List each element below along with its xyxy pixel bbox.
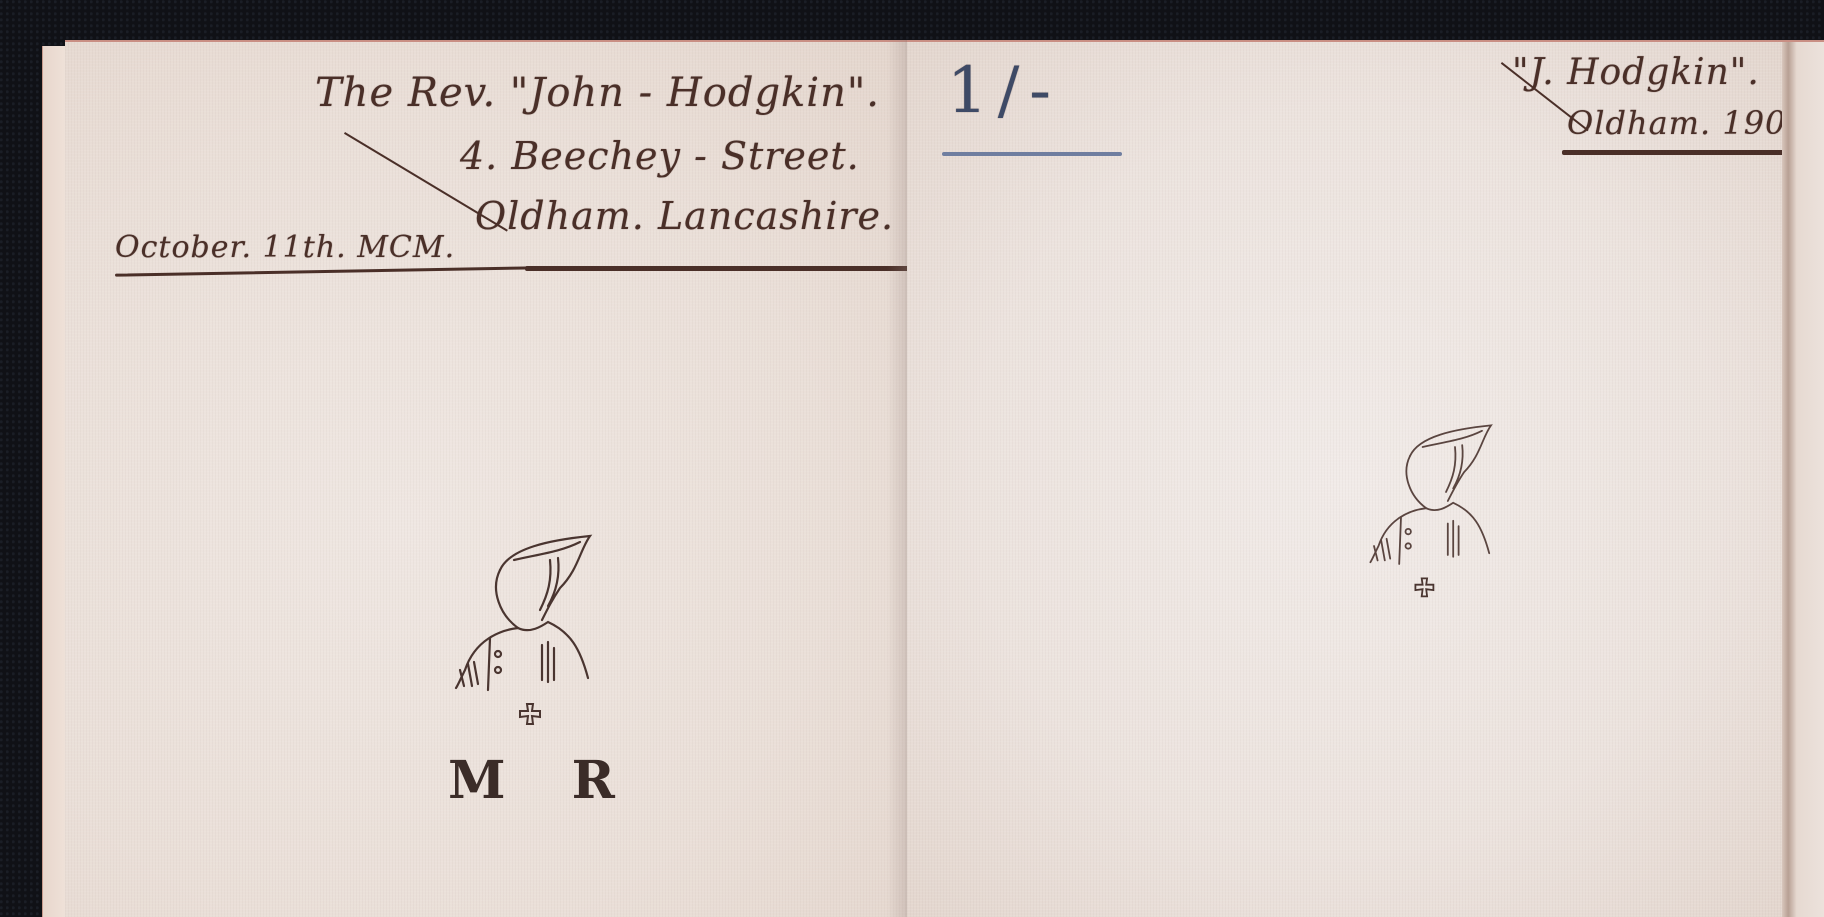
address-underline (525, 266, 925, 271)
bookplate-stamp-right (1347, 420, 1527, 600)
price-mark: 1/- (947, 54, 1061, 128)
monogram-mr: M R (448, 750, 639, 811)
inscription-line-1: The Rev. "John - Hodgkin". (315, 70, 880, 116)
inscription-date: October. 11th. MCM. (115, 230, 455, 265)
left-page: The Rev. "John - Hodgkin". 4. Beechey - … (65, 40, 907, 917)
hooded-figure-icon (1347, 420, 1527, 600)
hooded-figure-icon (430, 530, 630, 730)
right-underline (1562, 150, 1792, 155)
cross-pattee-icon (1415, 578, 1433, 596)
right-page: 1/- "J. Hodgkin". Oldham. 1900. (907, 40, 1787, 917)
inscription-line-2: 4. Beechey - Street. (460, 134, 860, 178)
open-book: The Rev. "John - Hodgkin". 4. Beechey - … (42, 40, 1824, 917)
price-underline (942, 152, 1122, 156)
date-underline (115, 266, 535, 276)
inscription-line-3: Oldham. Lancashire. (475, 194, 894, 238)
cross-pattee-icon (520, 704, 540, 724)
right-inscription-line-1: "J. Hodgkin". (1512, 52, 1760, 93)
endpaper-edge (42, 46, 67, 917)
bookplate-stamp-left (430, 530, 630, 730)
next-page-edge (1782, 40, 1824, 917)
